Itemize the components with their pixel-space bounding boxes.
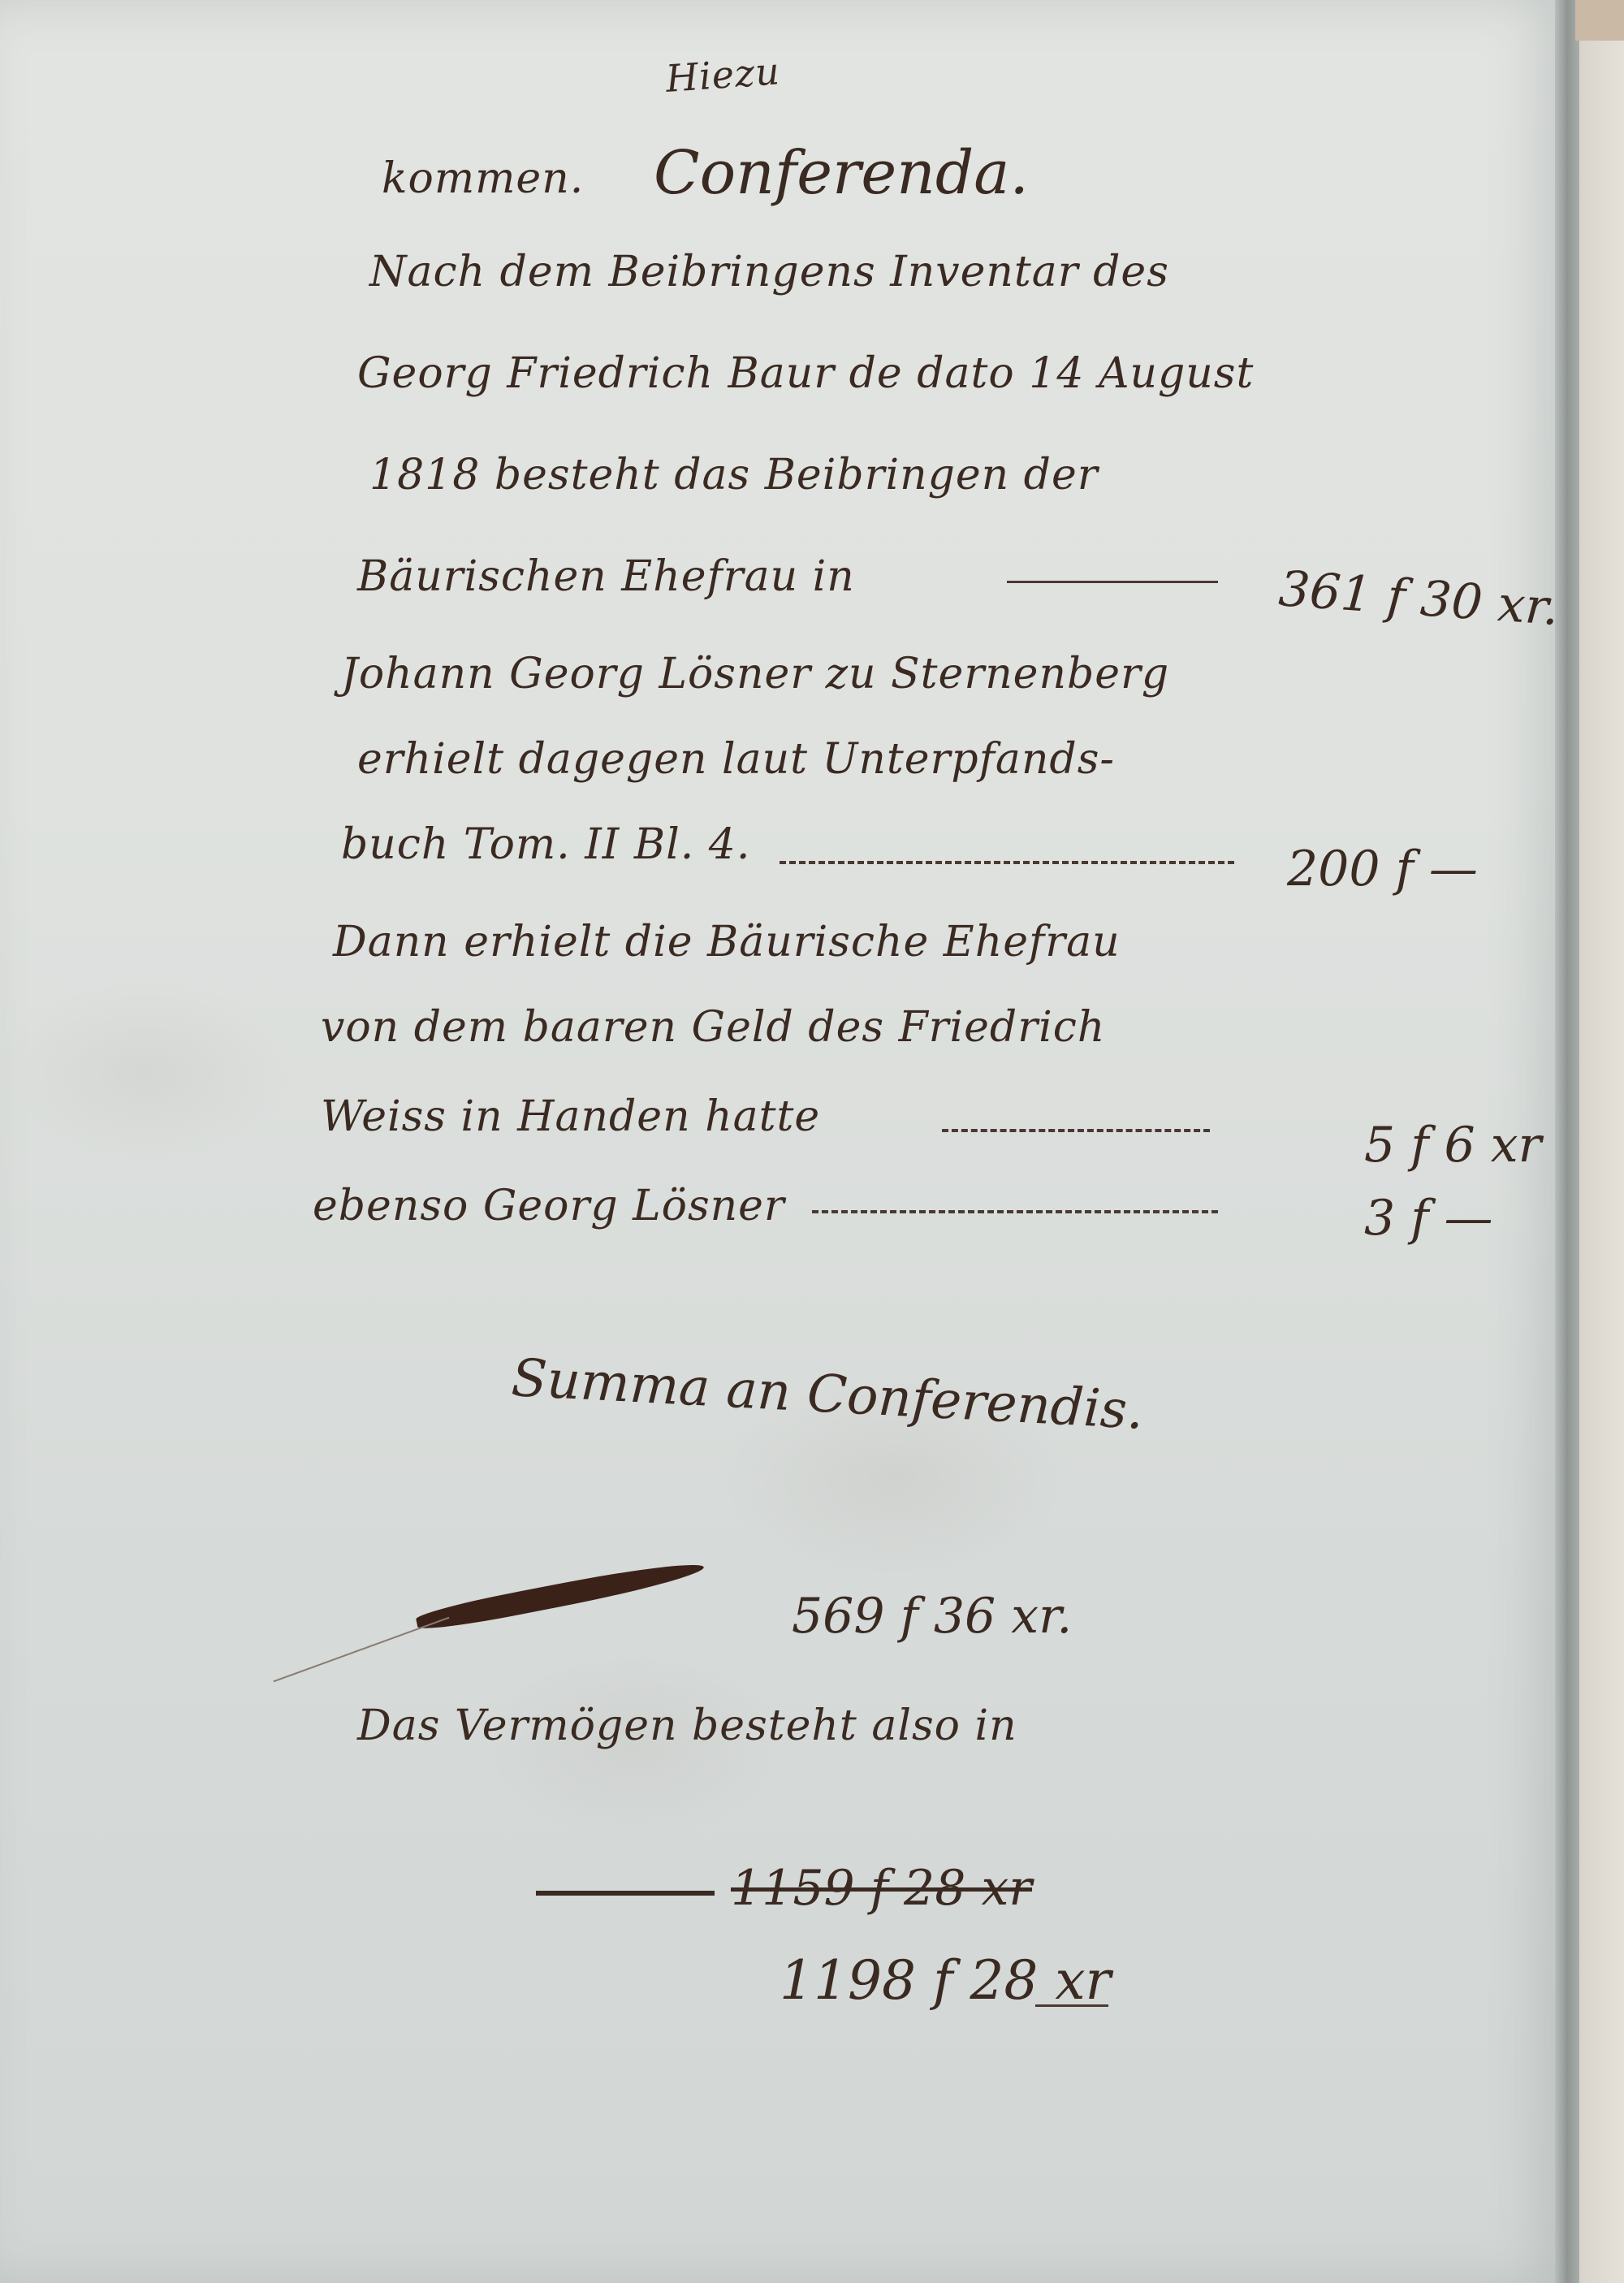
heading-conferenda: Conferenda. [654, 138, 1029, 208]
final-total: 1198 f 28 xr [780, 1949, 1111, 2012]
entry-3-line-3: Weiss in Handen hatte [321, 1092, 820, 1141]
entry-2-amount: 200 f — [1287, 841, 1478, 897]
entry-3-line-2: von dem baaren Geld des Friedrich [321, 1003, 1105, 1052]
vermoegen-line: Das Vermögen besteht also in [357, 1701, 1017, 1750]
manuscript-page: Hiezu kommen. Conferenda. Nach dem Beibr… [0, 0, 1563, 2283]
leader-line [942, 1129, 1210, 1132]
entry-4-amount: 3 f — [1364, 1190, 1493, 1247]
final-total-underline [1035, 2004, 1108, 2007]
book-gutter [1555, 0, 1579, 2283]
total-rule [536, 1891, 715, 1896]
ink-stroke [274, 1617, 450, 1683]
summa-label: Summa an Conferendis. [510, 1348, 1145, 1442]
leader-line [780, 861, 1234, 864]
struck-total: 1159 f 28 xr [731, 1860, 1032, 1917]
heading-kommen: kommen. [382, 154, 584, 203]
entry-1-line-1: Nach dem Beibringens Inventar des [369, 248, 1169, 296]
ink-blot [415, 1556, 706, 1634]
leader-line [812, 1210, 1218, 1213]
summa-amount: 569 f 36 xr. [792, 1588, 1072, 1645]
entry-1-line-3: 1818 besteht das Beibringen der [369, 451, 1099, 499]
entry-2-line-1: Johann Georg Lösner zu Sternenberg [341, 650, 1169, 698]
entry-3-amount: 5 f 6 xr [1364, 1117, 1541, 1174]
entry-1-line-2: Georg Friedrich Baur de dato 14 August [357, 349, 1254, 398]
entry-1-line-4: Bäurischen Ehefrau in [357, 552, 855, 601]
entry-1-amount: 361 f 30 xr. [1277, 560, 1561, 637]
entry-2-line-2: erhielt dagegen laut Unterpfands- [357, 735, 1115, 784]
adjacent-page-corner [1575, 0, 1624, 41]
leader-line [1007, 581, 1218, 583]
adjacent-page-edge [1579, 0, 1624, 2283]
heading-hiezu: Hiezu [664, 49, 781, 101]
entry-2-line-3: buch Tom. II Bl. 4. [341, 820, 750, 869]
entry-4-line-1: ebenso Georg Lösner [313, 1182, 785, 1230]
entry-3-line-1: Dann erhielt die Bäurische Ehefrau [333, 918, 1121, 966]
